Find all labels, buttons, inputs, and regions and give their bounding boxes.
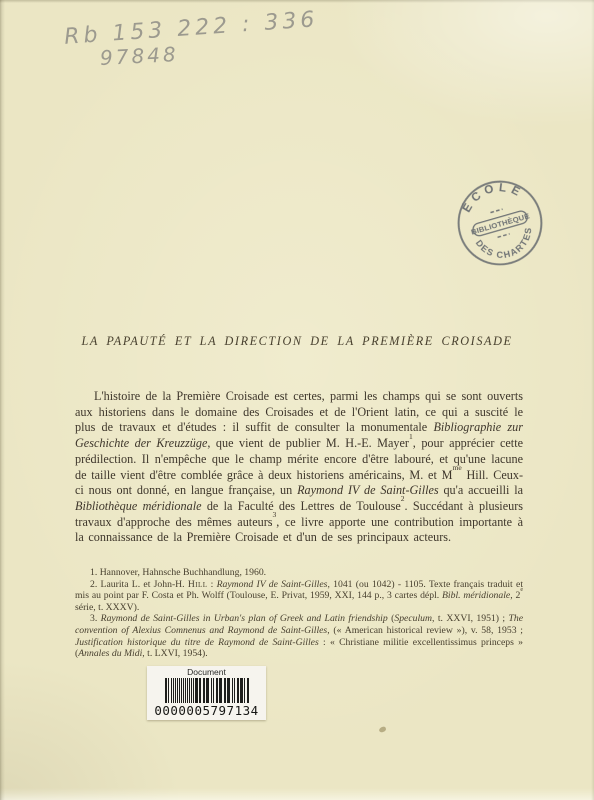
barcode-number: 0000005797134 — [154, 703, 258, 718]
footnotes: 1. Hannover, Hahnsche Buchhandlung, 1960… — [75, 567, 523, 660]
handwritten-call-number: Rb 153 222 : 336 — [63, 7, 319, 50]
body-paragraph: L'histoire de la Première Croisade est c… — [75, 389, 523, 546]
article-body: L'histoire de la Première Croisade est c… — [75, 389, 523, 546]
library-stamp-icon: ÉCOLE DES CHARTES BIBLIOTHÈQUE — [444, 167, 555, 278]
footnote-3: 3. Raymond de Saint-Gilles in Urban's pl… — [75, 613, 523, 659]
stamp-top-text: ÉCOLE — [456, 174, 529, 218]
handwritten-accession-number: 97848 — [99, 42, 179, 70]
barcode-sticker: Document 0000005797134 — [147, 666, 266, 720]
barcode-bars — [165, 678, 249, 703]
scanned-document-page: Rb 153 222 : 336 97848 ÉCOLE DES CHARTES… — [0, 0, 594, 800]
article-title: LA PAPAUTÉ ET LA DIRECTION DE LA PREMIÈR… — [40, 334, 554, 349]
library-stamp: ÉCOLE DES CHARTES BIBLIOTHÈQUE — [444, 167, 555, 278]
svg-text:ÉCOLE: ÉCOLE — [456, 174, 529, 218]
footnote-2: 2. Laurita L. et John-H. Hill : Raymond … — [75, 579, 523, 614]
footnote-1: 1. Hannover, Hahnsche Buchhandlung, 1960… — [75, 567, 523, 579]
paper-stain — [378, 726, 386, 733]
barcode-label-text: Document — [187, 668, 226, 677]
